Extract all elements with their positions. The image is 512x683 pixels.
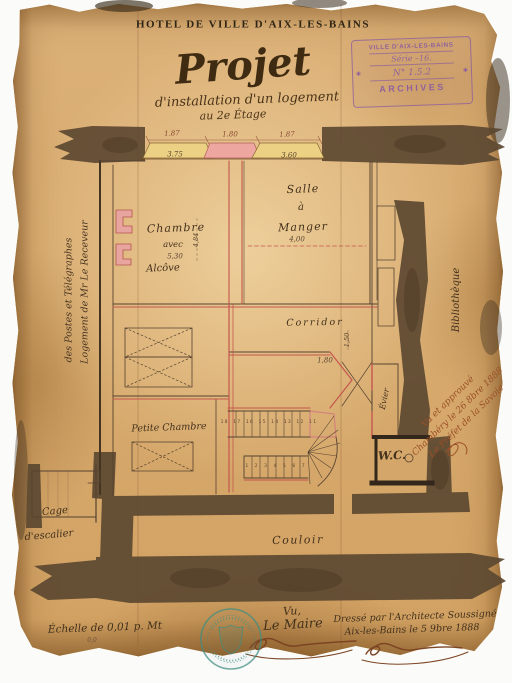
bibliotheque-label: Bibliothèque (452, 268, 462, 333)
archives-stamp: VILLE D'AIX-LES-BAINS Série –16. N° 1.5.… (351, 36, 473, 108)
room-salle-label3: Manger (278, 221, 328, 234)
room-alcove-label: Alcôve (146, 263, 180, 274)
room-couloir-label: Couloir (272, 534, 324, 546)
maire-label: Le Maire (263, 617, 323, 633)
stamp-star-icon: ✱ (463, 67, 468, 74)
mairie-seal-stamp (201, 609, 261, 669)
stair-lower-numbers: 1 2 3 4 5 6 7 (245, 465, 306, 470)
dim-salle-width: 4,00 (289, 237, 305, 244)
stair-upper-numbers: 18 17 16 15 14 13 12 11 (221, 421, 318, 426)
dim-window-left: 1.87 (164, 130, 180, 138)
left-margin-note-line1: Logement de Mr Le Receveur (80, 220, 90, 364)
main-title: Projet (174, 41, 313, 90)
architect-signature (362, 644, 468, 665)
dim-window-center: 1.80 (222, 132, 238, 139)
stamp-star-icon: ✱ (356, 71, 361, 78)
room-petite-chambre-label: Petite Chambre (131, 422, 207, 434)
stamp-numero: N° 1.5.2 (369, 66, 454, 82)
room-chambre-avec: avec (163, 241, 183, 250)
subtitle-line2: au 2e Étage (199, 108, 266, 121)
dim-corridor-length: 1,80 (317, 358, 333, 365)
room-salle-label2: à (298, 203, 304, 213)
dim-chambre-width: 5,30 (167, 254, 183, 261)
dim-width-left: 3.75 (167, 152, 183, 159)
room-corridor-label: Corridor (286, 318, 344, 329)
document-header: HOTEL DE VILLE D'AIX-LES-BAINS (136, 20, 370, 31)
scale-note-detail: 0,0 (87, 638, 97, 644)
room-salle-label1: Salle (286, 183, 319, 195)
document-content: HOTEL DE VILLE D'AIX-LES-BAINS Projet d'… (0, 0, 512, 683)
dim-width-right: 3.60 (281, 153, 297, 160)
scanned-plan-document: HOTEL DE VILLE D'AIX-LES-BAINS Projet d'… (0, 0, 512, 683)
left-margin-note-line2: des Postes et Télégraphes (64, 238, 74, 363)
dim-chambre-height: 4,84 (193, 233, 200, 247)
maire-signature (246, 638, 356, 658)
dim-corridor-width: 1,50 (344, 333, 351, 347)
vu-label: Vu, (283, 605, 301, 617)
stamp-serie: Série –16. (369, 51, 454, 67)
stamp-footer: ARCHIVES (353, 81, 471, 95)
dim-window-right: 1.87 (279, 131, 295, 139)
